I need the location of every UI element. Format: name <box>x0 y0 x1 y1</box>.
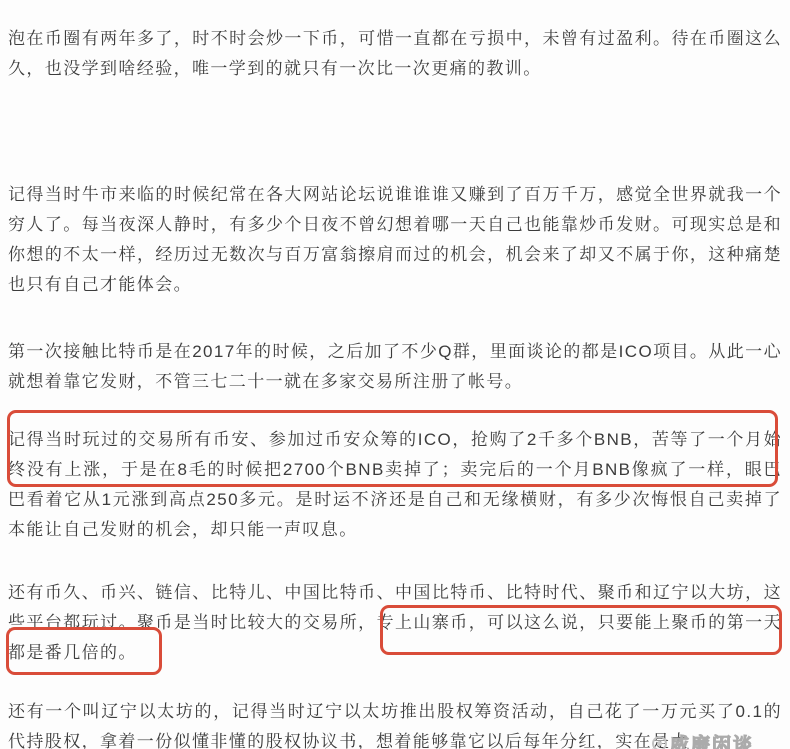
watermark-logo-icon <box>652 736 667 749</box>
paragraph-5: 还有币久、币兴、链信、比特儿、中国比特币、中国比特币、比特时代、聚币和辽宁以大坊… <box>8 578 782 668</box>
paragraph-2: 记得当时牛市来临的时候纪常在各大网站论坛说谁谁谁又赚到了百万千万，感觉全世界就我… <box>8 180 782 300</box>
watermark: 威廉闲谈 <box>652 730 754 749</box>
watermark-label: 威廉闲谈 <box>670 730 754 749</box>
article-page: 泡在币圈有两年多了，时不时会炒一下币，可惜一直都在亏损中，未曾有过盈利。待在币圈… <box>0 0 790 749</box>
paragraph-3: 第一次接触比特币是在2017年的时候，之后加了不少Q群，里面谈论的都是ICO项目… <box>8 337 782 397</box>
paragraph-4: 记得当时玩过的交易所有币安、参加过币安众筹的ICO，抢购了2千多个BNB，苦等了… <box>8 425 782 545</box>
paragraph-1: 泡在币圈有两年多了，时不时会炒一下币，可惜一直都在亏损中，未曾有过盈利。待在币圈… <box>8 24 782 84</box>
